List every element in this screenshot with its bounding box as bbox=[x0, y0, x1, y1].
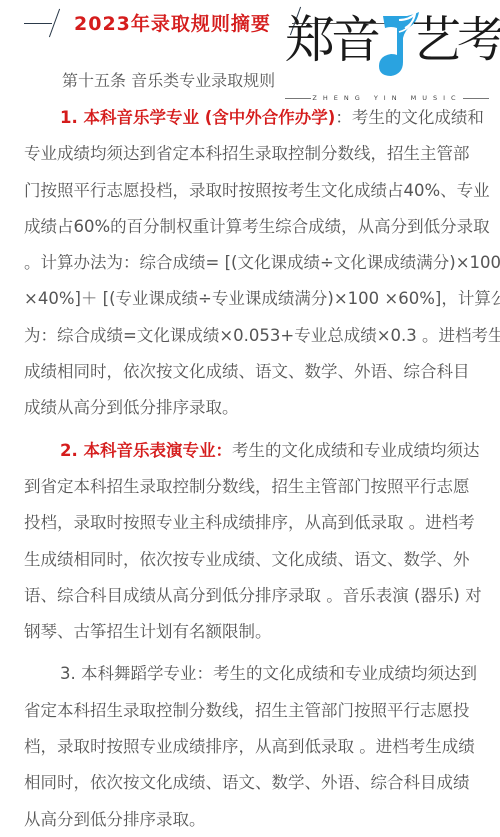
decorative-line bbox=[24, 23, 52, 24]
text-line-content: 考生的文化成绩和 bbox=[352, 108, 484, 127]
logo-char: 考 bbox=[457, 10, 500, 70]
text-line-content: 考生的文化成绩和专业成绩均须达 bbox=[232, 441, 480, 460]
text-line: 3. 本科舞蹈学专业：考生的文化成绩和专业成绩均须达到 bbox=[24, 656, 484, 692]
rule-heading: 3. 本科舞蹈学专业 bbox=[60, 664, 197, 683]
header: 2023年录取规则摘要 郑 音 艺 考 ZHENG YIN MUSIC 第十五条… bbox=[0, 0, 500, 110]
text-line: 投档，录取时按照专业主科成绩排序，从高到低录取 。进档考 bbox=[24, 505, 484, 541]
text-line: 2. 本科音乐表演专业：考生的文化成绩和专业成绩均须达 bbox=[24, 433, 484, 469]
logo-char: 艺 bbox=[411, 10, 461, 70]
text-line: 生成绩相同时，依次按专业成绩、文化成绩、语文、数学、外 bbox=[24, 542, 484, 578]
rules-content: 1. 本科音乐学专业 (含中外合作办学)：考生的文化成绩和 专业成绩均须达到省定… bbox=[24, 100, 484, 837]
text-line: 为：综合成绩=文化课成绩×0.053+专业总成绩×0.3 。进档考生 bbox=[24, 318, 484, 354]
section-subtitle: 第十五条 音乐类专业录取规则 bbox=[62, 68, 275, 91]
rule-heading-colon: ： bbox=[197, 664, 214, 683]
logo: 郑 音 艺 考 ZHENG YIN MUSIC bbox=[285, 8, 495, 108]
text-line: 成绩从高分到低分排序录取。 bbox=[24, 390, 484, 426]
text-line: 。计算办法为：综合成绩= [(文化课成绩÷文化课成绩满分)×100 bbox=[24, 245, 484, 281]
rule-section-1: 1. 本科音乐学专业 (含中外合作办学)：考生的文化成绩和 专业成绩均须达到省定… bbox=[24, 100, 484, 427]
text-line: 专业成绩均须达到省定本科招生录取控制分数线，招生主管部 bbox=[24, 136, 484, 172]
logo-char: 郑 bbox=[285, 10, 335, 70]
rule-heading: 1. 本科音乐学专业 (含中外合作办学) bbox=[60, 108, 335, 127]
text-line: 到省定本科招生录取控制分数线，招生主管部门按照平行志愿 bbox=[24, 469, 484, 505]
decorative-line bbox=[463, 98, 489, 99]
text-line: 语、综合科目成绩从高分到低分排序录取 。音乐表演 (器乐) 对 bbox=[24, 578, 484, 614]
text-line: ×40%]＋ [(专业课成绩÷专业课成绩满分)×100 ×60%]，计算公式 bbox=[24, 281, 484, 317]
text-line: 档，录取时按照专业成绩排序，从高到低录取 。进档考生成绩 bbox=[24, 729, 484, 765]
logo-char: 音 bbox=[331, 10, 381, 70]
page-title: 2023年录取规则摘要 bbox=[74, 9, 271, 36]
text-line: 成绩相同时，依次按文化成绩、语文、数学、外语、综合科目 bbox=[24, 354, 484, 390]
text-line: 1. 本科音乐学专业 (含中外合作办学)：考生的文化成绩和 bbox=[24, 100, 484, 136]
rule-section-3: 3. 本科舞蹈学专业：考生的文化成绩和专业成绩均须达到 省定本科招生录取控制分数… bbox=[24, 656, 484, 837]
text-line: 从高分到低分排序录取。 bbox=[24, 802, 484, 837]
rule-heading: 2. 本科音乐表演专业 bbox=[60, 441, 216, 460]
rule-heading-colon: ： bbox=[335, 108, 352, 127]
text-line: 省定本科招生录取控制分数线，招生主管部门按照平行志愿投 bbox=[24, 693, 484, 729]
text-line-content: 考生的文化成绩和专业成绩均须达到 bbox=[213, 664, 477, 683]
text-line: 门按照平行志愿投档，录取时按照按考生文化成绩占40%、专业 bbox=[24, 173, 484, 209]
text-line: 相同时，依次按文化成绩、语文、数学、外语、综合科目成绩 bbox=[24, 765, 484, 801]
rule-heading-colon: ： bbox=[216, 441, 233, 460]
rule-section-2: 2. 本科音乐表演专业：考生的文化成绩和专业成绩均须达 到省定本科招生录取控制分… bbox=[24, 433, 484, 651]
text-line: 钢琴、古筝招生计划有名额限制。 bbox=[24, 614, 484, 650]
text-line: 成绩占60%的百分制权重计算考生综合成绩，从高分到低分录取 bbox=[24, 209, 484, 245]
